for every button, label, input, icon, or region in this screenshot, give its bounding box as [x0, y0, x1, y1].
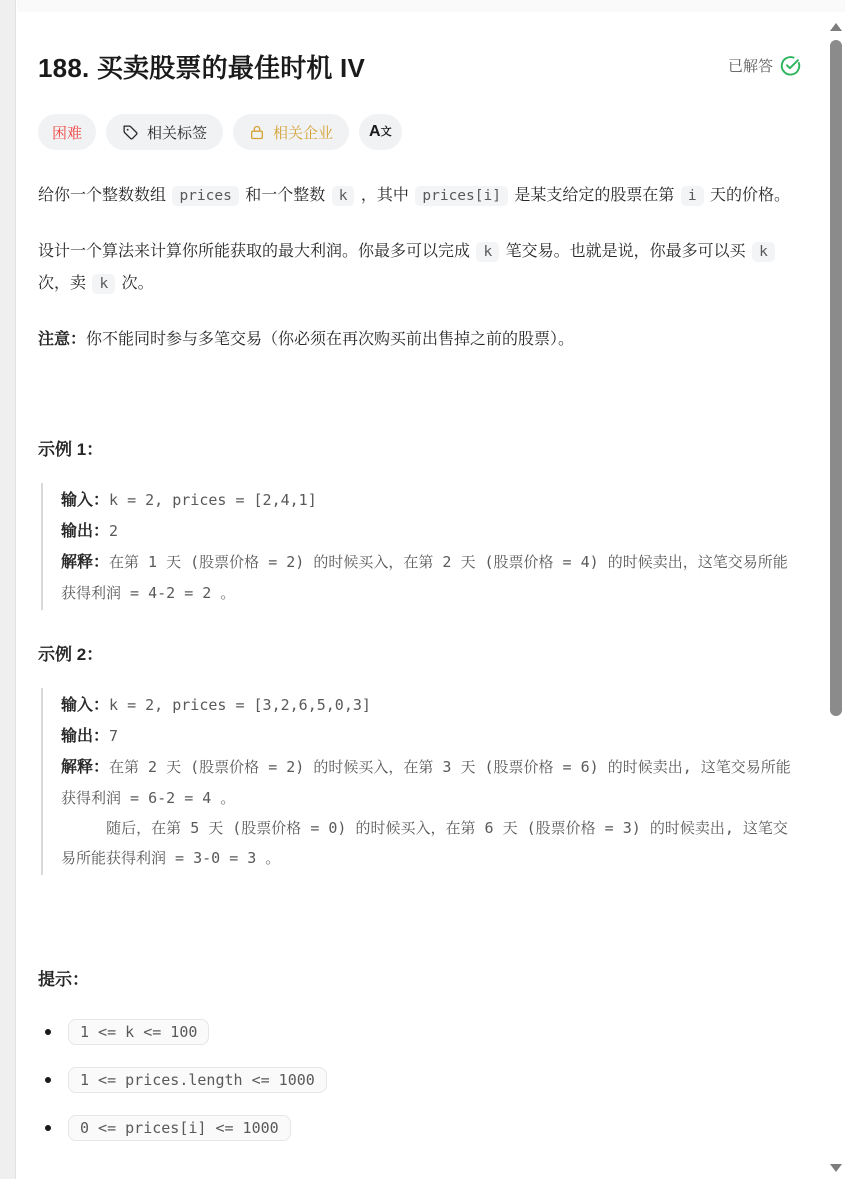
top-band [17, 0, 845, 12]
inline-code: i [681, 186, 704, 206]
example-line-label: 输入： [61, 697, 109, 714]
example-line: 输入：k = 2, prices = [2,4,1] [61, 485, 801, 516]
example-line-label: 输出： [61, 728, 109, 745]
problem-header: 188. 买卖股票的最佳时机 IV 已解答 [38, 50, 801, 86]
translate-button[interactable]: A文 [359, 114, 402, 150]
example-line-label: 解释： [61, 759, 109, 776]
example-line-label: 输入： [61, 492, 109, 509]
translate-icon: A文 [369, 124, 392, 140]
scrollbar-thumb[interactable] [830, 40, 842, 716]
constraint-item: 1 <= k <= 100 [38, 1019, 801, 1045]
example-line: 输出：7 [61, 721, 801, 752]
example-block: 输入：k = 2, prices = [2,4,1]输出：2解释：在第 1 天 … [41, 483, 801, 610]
example-line-value: 在第 2 天 (股票价格 = 2) 的时候买入，在第 3 天 (股票价格 = 6… [61, 758, 791, 867]
solved-check-icon [780, 55, 801, 76]
constraint-code: 1 <= k <= 100 [68, 1019, 209, 1045]
constraint-code: 1 <= prices.length <= 1000 [68, 1067, 327, 1093]
tags-row: 困难 相关标签 相关企业 A文 [38, 114, 801, 150]
example-line-value: k = 2, prices = [2,4,1] [109, 491, 317, 509]
bold-text: 注意： [38, 331, 86, 348]
inline-code: k [476, 242, 499, 262]
related-tags-button[interactable]: 相关标签 [106, 114, 223, 150]
example-heading: 示例 1： [38, 437, 801, 463]
constraint-item: 0 <= prices[i] <= 1000 [38, 1115, 801, 1141]
constraint-item: 1 <= prices.length <= 1000 [38, 1067, 801, 1093]
example-line-value: 7 [109, 727, 118, 745]
bullet-dot [45, 1125, 51, 1131]
scroll-up-button[interactable] [829, 20, 843, 32]
constraints-heading: 提示： [38, 967, 801, 993]
example-line: 输入：k = 2, prices = [3,2,6,5,0,3] [61, 690, 801, 721]
scroll-down-button[interactable] [829, 1161, 843, 1173]
solved-label: 已解答 [728, 55, 773, 76]
related-companies-label: 相关企业 [273, 122, 333, 143]
inline-code: prices[i] [415, 186, 508, 206]
inline-code: prices [172, 186, 238, 206]
vertical-scrollbar[interactable] [827, 12, 845, 1179]
description-paragraph-2: 设计一个算法来计算你所能获取的最大利润。你最多可以完成 k 笔交易。也就是说，你… [38, 236, 801, 300]
inline-code: k [332, 186, 355, 206]
bullet-dot [45, 1029, 51, 1035]
example-line-label: 输出： [61, 523, 109, 540]
example-line-value: k = 2, prices = [3,2,6,5,0,3] [109, 696, 371, 714]
description-paragraph-note: 注意：你不能同时参与多笔交易（你必须在再次购买前出售掉之前的股票）。 [38, 324, 801, 355]
problem-title: 188. 买卖股票的最佳时机 IV [38, 50, 365, 86]
example-line: 输出：2 [61, 516, 801, 547]
examples-section: 示例 1： 输入：k = 2, prices = [2,4,1]输出：2解释：在… [38, 437, 801, 875]
example-line-value: 2 [109, 522, 118, 540]
example-line: 解释：在第 1 天 (股票价格 = 2) 的时候买入，在第 2 天 (股票价格 … [61, 547, 801, 608]
constraint-code: 0 <= prices[i] <= 1000 [68, 1115, 291, 1141]
related-tags-label: 相关标签 [147, 122, 207, 143]
difficulty-badge[interactable]: 困难 [38, 114, 96, 150]
problem-description-panel: 188. 买卖股票的最佳时机 IV 已解答 困难 相关标签 [17, 12, 845, 1179]
example-heading: 示例 2： [38, 642, 801, 668]
inline-code: k [92, 274, 115, 294]
description-paragraph-1: 给你一个整数数组 prices 和一个整数 k ，其中 prices[i] 是某… [38, 180, 801, 212]
example-line: 解释：在第 2 天 (股票价格 = 2) 的时候买入，在第 3 天 (股票价格 … [61, 752, 801, 873]
example-block: 输入：k = 2, prices = [3,2,6,5,0,3]输出：7解释：在… [41, 688, 801, 875]
solved-badge: 已解答 [728, 55, 801, 76]
tag-icon [122, 124, 139, 141]
lock-icon [249, 124, 265, 141]
example-line-label: 解释： [61, 554, 109, 571]
related-companies-button[interactable]: 相关企业 [233, 114, 349, 150]
constraints-list: 1 <= k <= 100 1 <= prices.length <= 1000… [38, 1019, 801, 1141]
bullet-dot [45, 1077, 51, 1083]
left-gutter [0, 0, 16, 1179]
inline-code: k [752, 242, 775, 262]
example-line-value: 在第 1 天 (股票价格 = 2) 的时候买入，在第 2 天 (股票价格 = 4… [61, 553, 788, 602]
